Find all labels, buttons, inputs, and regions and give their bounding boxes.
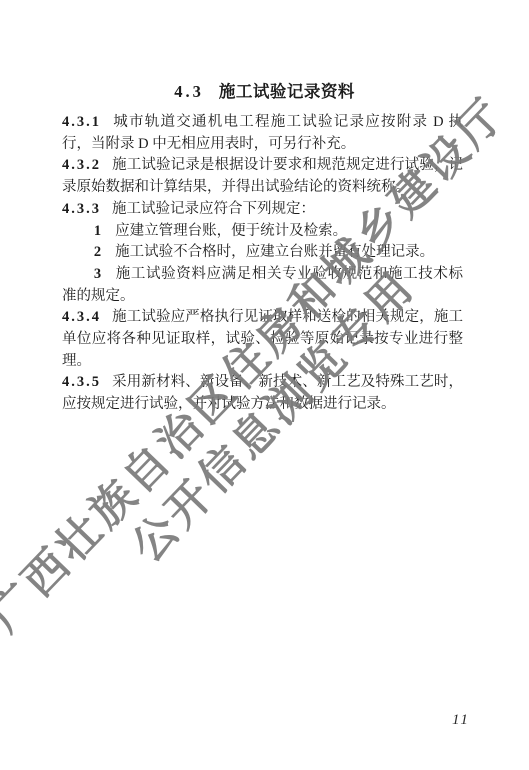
clause-number: 4.3.1	[62, 114, 112, 130]
clause-4-3-3-item-1: 1应建立管理台账，便于统计及检索。	[62, 221, 463, 243]
section-number: 4.3	[174, 82, 204, 101]
item-number: 2	[94, 244, 115, 260]
item-text: 施工试验资料应满足相关专业验收规范和施工技术标准的规定。	[62, 266, 463, 304]
clause-text: 施工试验记录是根据设计要求和规范规定进行试验，记录原始数据和计算结果，并得出试验…	[62, 157, 463, 195]
clause-4-3-3-item-2: 2施工试验不合格时，应建立台账并留有处理记录。	[62, 242, 463, 264]
item-text: 施工试验不合格时，应建立台账并留有处理记录。	[115, 244, 434, 260]
clause-number: 4.3.5	[62, 374, 112, 390]
clause-text: 施工试验记录应符合下列规定：	[112, 201, 315, 217]
clause-text: 施工试验应严格执行见证取样和送检的相关规定，施工单位应将各种见证取样，试验、检验…	[62, 309, 463, 368]
clause-text: 城市轨道交通机电工程施工试验记录应按附录 D 执行，当附录 D 中无相应用表时，…	[62, 114, 463, 152]
document-page: 4.3施工试验记录资料 4.3.1城市轨道交通机电工程施工试验记录应按附录 D …	[0, 0, 529, 770]
clause-4-3-5: 4.3.5采用新材料、新设备、新技术、新工艺及特殊工艺时，应按规定进行试验，并对…	[62, 372, 463, 415]
clause-4-3-4: 4.3.4施工试验应严格执行见证取样和送检的相关规定，施工单位应将各种见证取样，…	[62, 307, 463, 372]
clause-number: 4.3.2	[62, 157, 112, 173]
clause-number: 4.3.3	[62, 201, 112, 217]
section-heading: 4.3施工试验记录资料	[0, 78, 529, 102]
clause-4-3-3: 4.3.3施工试验记录应符合下列规定：	[62, 199, 463, 221]
clause-text: 采用新材料、新设备、新技术、新工艺及特殊工艺时，应按规定进行试验，并对试验方法和…	[62, 374, 463, 412]
clause-4-3-2: 4.3.2施工试验记录是根据设计要求和规范规定进行试验，记录原始数据和计算结果，…	[62, 155, 463, 198]
item-number: 3	[94, 266, 115, 282]
page-number: 11	[441, 712, 481, 729]
clause-4-3-3-item-3: 3施工试验资料应满足相关专业验收规范和施工技术标准的规定。	[62, 264, 463, 307]
section-title: 施工试验记录资料	[219, 82, 355, 101]
clause-number: 4.3.4	[62, 309, 112, 325]
item-text: 应建立管理台账，便于统计及检索。	[115, 223, 347, 239]
item-number: 1	[94, 223, 115, 239]
clause-list: 4.3.1城市轨道交通机电工程施工试验记录应按附录 D 执行，当附录 D 中无相…	[62, 112, 463, 416]
clause-4-3-1: 4.3.1城市轨道交通机电工程施工试验记录应按附录 D 执行，当附录 D 中无相…	[62, 112, 463, 155]
